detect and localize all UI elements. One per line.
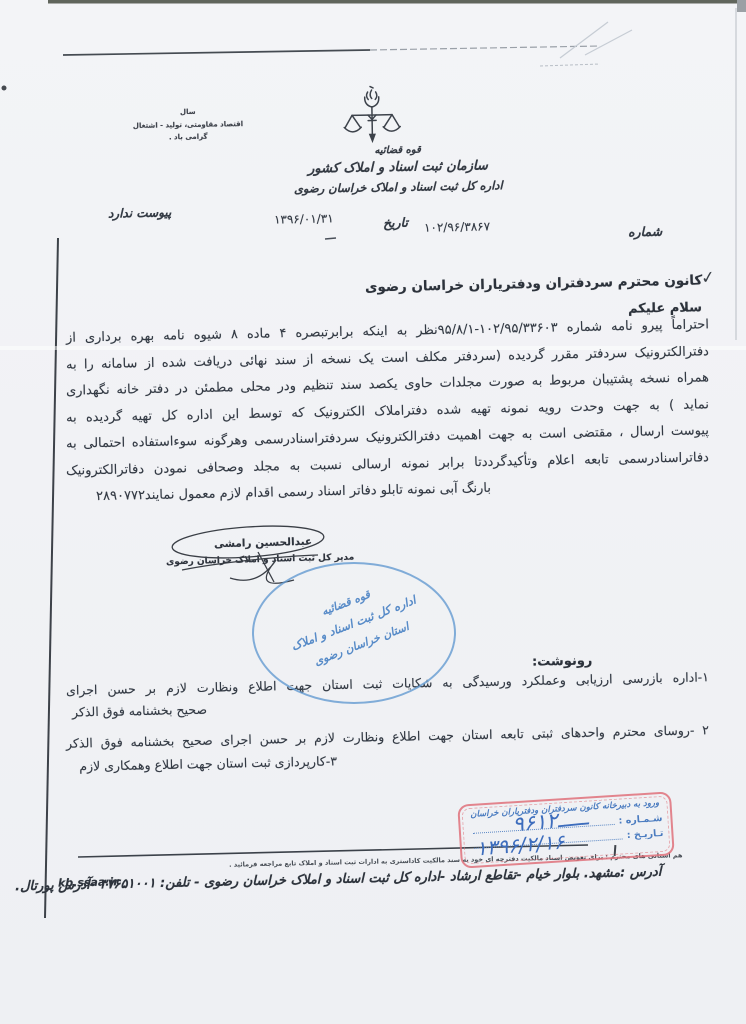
letterhead-top-rule: [63, 50, 370, 55]
cc-heading: رونوشت:: [532, 653, 593, 669]
attachment-value: پیوست ندارد: [108, 205, 172, 220]
letter-body: احتراماً پیرو نامه شماره ۱۰۲/۹۵/۳۳۶۰۳-۹۵…: [66, 320, 709, 506]
meta-dash-mark: [325, 238, 336, 239]
letterhead: قوه قضائیه سازمان ثبت اسناد و املاک کشور…: [288, 141, 509, 199]
receipt-number-label: شـمـاره :: [618, 813, 663, 827]
scan-corner-notch: [737, 0, 746, 12]
scales-of-justice-icon: [340, 83, 403, 144]
letterhead-top-rule-faded: [370, 46, 600, 50]
cc-item-1-continued: صحیح بخشنامه فوق الذکر: [85, 702, 207, 720]
secretariat-receipt-stamp: ورود به دبیرخانه کانون سردفتران ودفتریار…: [457, 791, 675, 868]
scan-top-edge: [48, 0, 746, 4]
office-round-stamp: قوه قضائیه اداره کل ثبت اسناد و املاک اس…: [252, 562, 456, 704]
pencil-scribble: [560, 22, 632, 58]
left-edge-dot: [2, 86, 7, 91]
number-value: ۱۰۲/۹۶/۳۸۶۷: [424, 219, 490, 234]
date-value: ۱۳۹۶/۰۱/۳۱: [274, 211, 334, 226]
year-slogan-stamp: سال اقتصاد مقاومتی، تولید - اشتغال گرامی…: [118, 105, 259, 145]
number-label: شماره: [628, 224, 662, 240]
scanned-letter-page: سال اقتصاد مقاومتی، تولید - اشتغال گرامی…: [0, 0, 746, 1024]
letterhead-office: اداره کل ثبت اسناد و املاک خراسان رضوی: [288, 176, 508, 199]
date-label: تاریخ: [383, 215, 408, 231]
slogan-line-2: اقتصاد مقاومتی، تولید - اشتغال: [118, 117, 258, 132]
slogan-line-3: گرامی باد .: [118, 130, 258, 145]
left-fold-line: [45, 238, 58, 918]
footer-portal-url: kb.ssaa.ir: [58, 875, 119, 889]
faint-micro-text: [540, 64, 600, 66]
handwritten-date: ۱۳۹۶/۲/۱۶: [475, 829, 565, 860]
receipt-date-label: تـاریـخ :: [627, 828, 664, 841]
